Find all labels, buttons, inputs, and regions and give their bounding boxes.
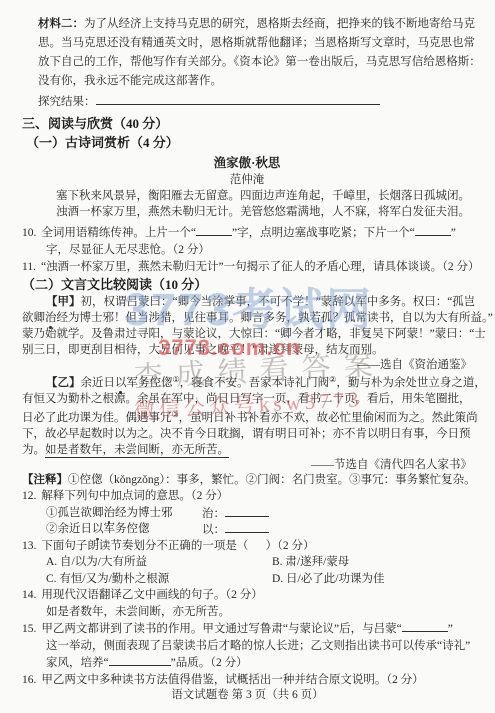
question-11: 11.“浊酒一杯家万里，燕然未勒归无计”一句揭示了征人的矛盾心理，请具体谈谈。（… <box>22 259 472 276</box>
passage-yi-line: 下，故必早起数时以为之。决不肯今日耽搁，谓有明日可补；亦不肯以明日有事，今日预 <box>22 426 472 442</box>
passage-jia-line: 【甲】初，权谓吕蒙曰：“卿今当涂掌事，不可不学！”蒙辞以军中多务。权曰：“孤岂 <box>22 294 472 310</box>
notes-tag: 【注释】 <box>22 474 68 486</box>
question-12-item1-blank <box>225 505 269 517</box>
section-heading-reading: 三、阅读与欣赏（40 分） <box>22 115 472 133</box>
question-14-number: 14. <box>22 589 36 601</box>
passage-jia-line: 蒙乃始就学。及鲁肃过寻阳，与蒙论议，大惊曰：“卿今者才略，非复吴下阿蒙！”蒙曰：… <box>22 326 472 342</box>
question-10-blank1 <box>196 224 232 236</box>
poem-line: 塞下秋来风景异，衡阳雁去无留意。四面边声连角起，千嶂里，长烟落日孤城闭。 <box>22 188 472 204</box>
question-12: 12.解释下列句中加点词的意思。（2 分） <box>22 488 472 505</box>
question-10-number: 10. <box>22 227 36 239</box>
material2-line: 材料二：为了从经济上支持马克思的研究，恩格斯去经商，把挣来的钱不断地寄给马克 <box>38 15 472 34</box>
passage-jia-source: ——选自《资治通鉴》 <box>22 358 472 372</box>
section-heading-poetry: （一）古诗词赏析（4 分） <box>22 134 472 152</box>
exam-paper-page: 材料二：为了从经济上支持马克思的研究，恩格斯去经商，把挣来的钱不断地寄给马克 思… <box>0 0 495 713</box>
question-13-number: 13. <box>22 540 36 552</box>
passage-yi-source: ——节选自《清代四名人家书》 <box>22 458 472 472</box>
passage-yi-line: 【乙】余近日以军务倥偬①，寝食不安。吾家本诗礼门阀②，勤与朴为余处世立身之道， <box>22 372 472 391</box>
poem-title: 渔家傲·秋思 <box>22 155 472 172</box>
passage-jia-tag: 【甲】 <box>46 296 81 308</box>
exam-content: 材料二：为了从经济上支持马克思的研究，恩格斯去经商，把挣来的钱不断地寄给马克 思… <box>0 0 495 688</box>
option-a: A. 自/以为/大有所益 <box>46 554 272 571</box>
dotted-char: 治 <box>45 310 57 326</box>
question-12-item1: ①孤岂欲卿治经为博士邪治： <box>22 505 472 522</box>
poem-line: 浊酒一杯家万里，燕然未勒归无计。羌管悠悠霜满地，人不寐，将军白发征夫泪。 <box>22 204 472 220</box>
question-13-options-row2: C. 有恒/又为/勤朴之根源D. 日/必了此/功课为佳 <box>22 571 472 588</box>
poem-author: 范仲淹 <box>22 172 472 188</box>
passage-yi-line: 为。如是者数年，未尝间断，亦无所苦。 <box>22 442 472 458</box>
option-b: B. 肃/遂拜/蒙母 <box>272 554 349 571</box>
option-d: D. 日/必了此/功课为佳 <box>272 571 384 588</box>
question-15-line3: 家风，培养“”品质。（2 分） <box>22 654 472 672</box>
question-12-item1-answer: 治： <box>202 505 269 523</box>
question-10-line1: 10.全词用语精练传神。上片一个“”字，点明边塞战事吃紧；下片一个“” <box>22 224 472 242</box>
material2-line: 没有你，我永远不能完成这部著作。 <box>38 72 472 91</box>
question-13: 13.下面句子朗读节奏划分不正确的一项是（ ）（2 分） <box>22 538 472 555</box>
question-14-quote: 如是者数年，未尝间断，亦无所苦。 <box>22 604 472 621</box>
question-12-item2: ②余近日以军务倥偬以： <box>22 521 472 538</box>
note-ref-3: ③ <box>172 410 179 419</box>
section-heading-wenyan: （二）文言文比较阅读（10 分） <box>22 276 472 294</box>
passage-jia-line: 欲卿治经为博士邪！但当涉猎，见往事耳。卿言多务，孰若孤？孤常读书，自以为大有所益… <box>22 310 472 326</box>
question-15-number: 15. <box>22 623 36 635</box>
underlined-sentence: 如是者数年，未尝间断，亦无所苦。 <box>45 444 229 458</box>
question-14: 14.用现代汉语翻译乙文中画线的句子。（2 分） <box>22 587 472 604</box>
question-15-line1: 15.甲乙两文都讲到了读书的作用。甲文通过写鲁肃“与蒙论议”后，与吕蒙“” <box>22 620 472 638</box>
explore-result-label: 探究结果： <box>38 96 96 108</box>
dotted-char: 以 <box>115 375 127 391</box>
passage-yi-line: 有恒又为勤朴之根源。余虽在军中，尚日日写字一页，看书二十页。看后，用朱笔圈批， <box>22 391 472 407</box>
explore-result-row: 探究结果： <box>38 93 472 111</box>
material2-line: 放下自己的工作，帮他写作有关部分。《资本论》第一卷出版后，马克思写信给恩格斯： <box>38 53 472 72</box>
explore-result-blank <box>96 93 380 105</box>
question-16-number: 16. <box>22 674 36 686</box>
question-15-blank1 <box>402 620 448 632</box>
notes-line: 【注释】①倥偬（kǒngzǒng）：事多，繁忙。②门阀：名门贵室。③事冗：事务繁… <box>22 472 472 488</box>
question-15-blank2 <box>109 654 171 666</box>
dotted-char: 治 <box>104 505 116 522</box>
question-10-line2: 字，尽显征人无尽悲怆。（2 分） <box>22 242 472 259</box>
question-13-options-row1: A. 自/以为/大有所益B. 肃/遂拜/蒙母 <box>22 554 472 571</box>
material2-line: 思。当马克思还没有精通英文时，恩格斯就帮他翻译；当恩格斯写文章时，马克思也常 <box>38 34 472 53</box>
question-11-number: 11. <box>22 261 36 273</box>
question-12-item2-answer: 以： <box>202 521 269 539</box>
passage-jia-line: 别三日，即更刮目相待，大兄何见事之晚乎！”肃遂拜蒙母，结友而别。 <box>22 342 472 358</box>
option-c: C. 有恒/又为/勤朴之根源 <box>46 571 272 588</box>
page-footer: 语文试题卷 第 3 页（共 6 页） <box>0 686 495 702</box>
question-10-blank2 <box>415 224 451 236</box>
question-12-item2-blank <box>225 521 269 533</box>
material2-label: 材料二： <box>38 18 84 30</box>
question-15-line2: 这一举动，侧面表现了吕蒙读书后才略的惊人长进；乙文则指出读书可以传承“诗礼” <box>22 638 472 655</box>
passage-yi-line: 日必了此功课为佳。偶遇事冗③，虽明日补书补看亦不欢，故必忙里偷闲而为之。然此策尚 <box>22 407 472 426</box>
passage-yi-tag: 【乙】 <box>46 377 81 389</box>
question-12-number: 12. <box>22 490 36 502</box>
note-ref-1: ① <box>173 375 180 384</box>
dotted-char: 以 <box>92 521 104 538</box>
